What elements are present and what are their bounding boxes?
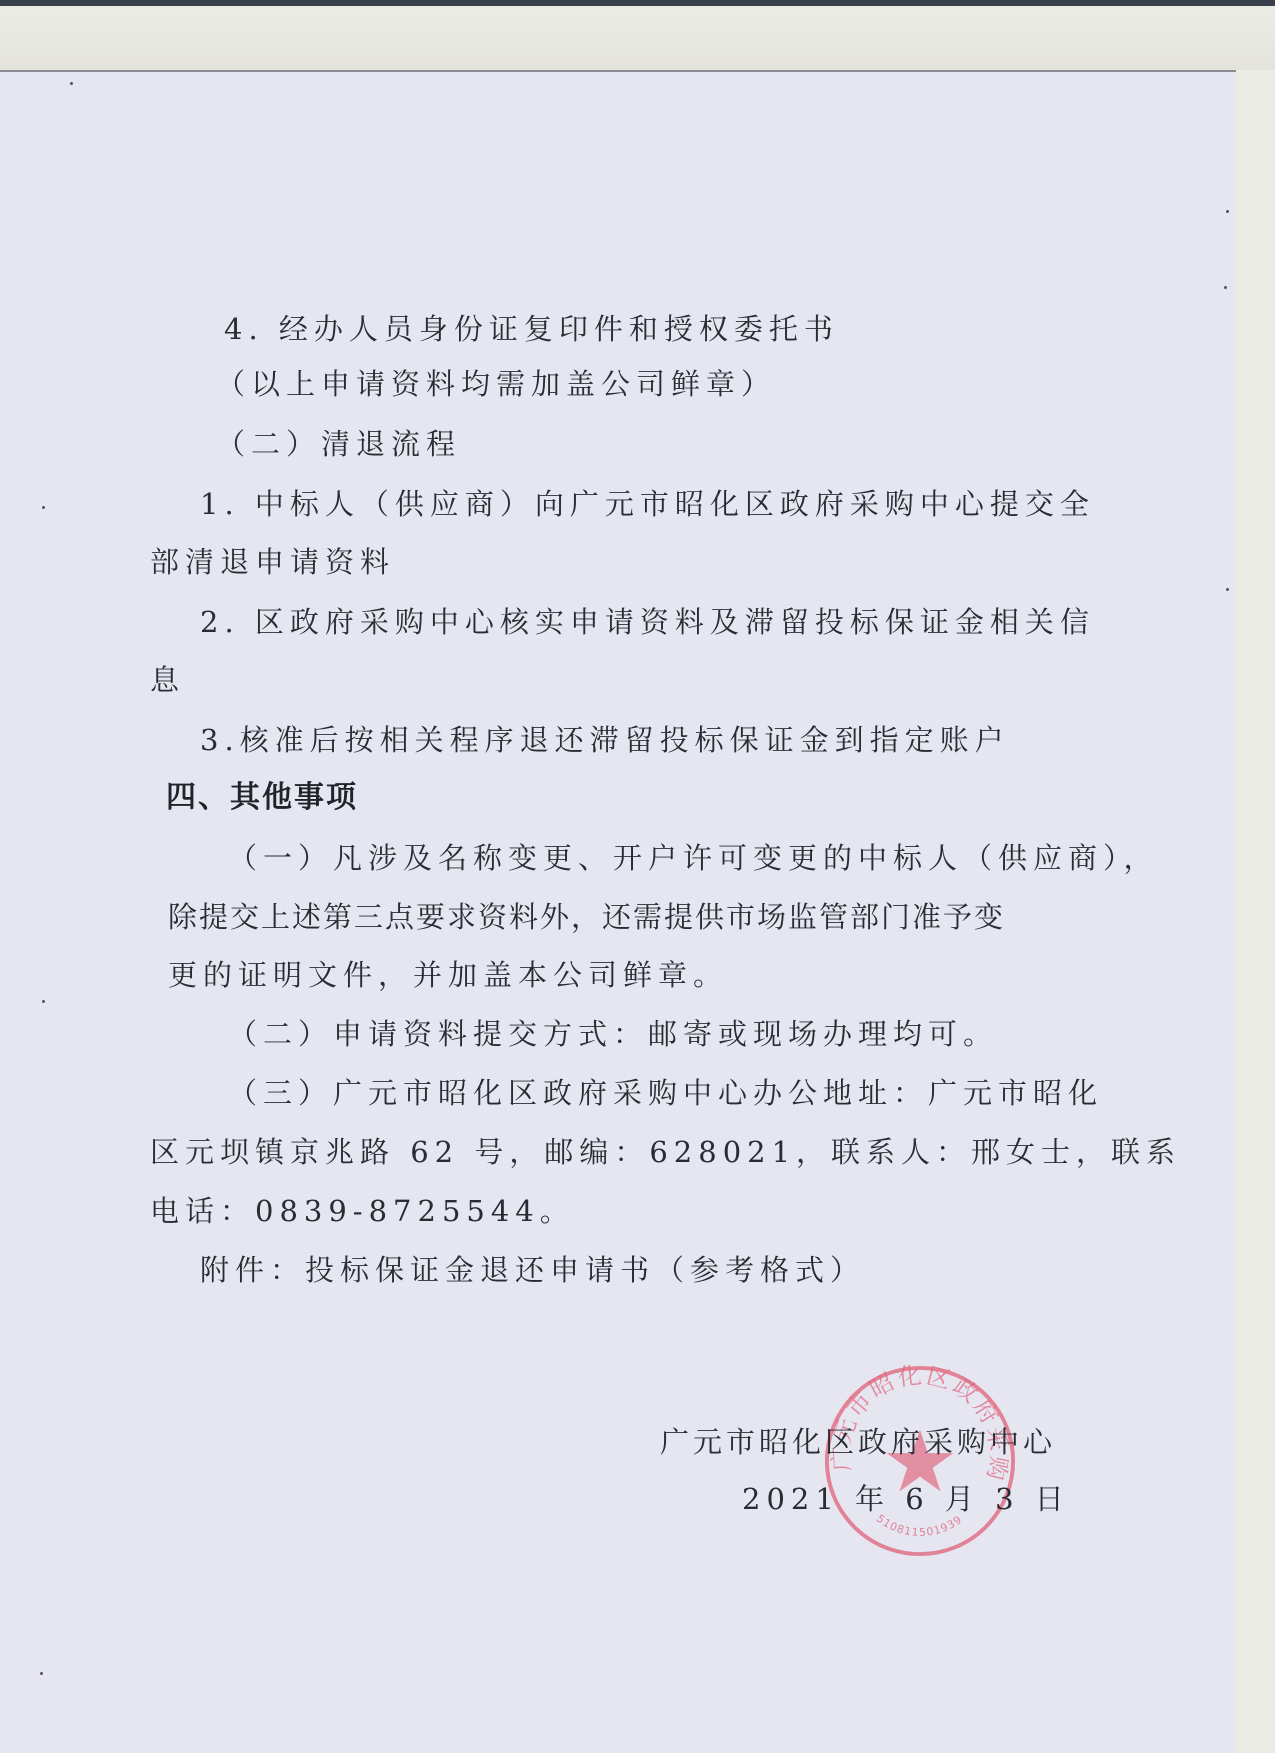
note-text: （以上申请资料均需加盖公司鲜章） [216,367,776,401]
scan-speck [1226,210,1229,213]
section-heading: 四、其他事项 [166,781,358,815]
paragraph-line: 区元坝镇京兆路 62 号，邮编：628021，联系人：邢女士，联系 [150,1135,1181,1169]
page-right-margin [1236,70,1275,1753]
scan-speck [1224,286,1227,289]
paragraph-line: 更的证明文件，并加盖本公司鲜章。 [168,958,728,992]
signature-organization: 广元市昭化区政府采购中心 [660,1425,1056,1459]
paragraph-line: （二）申请资料提交方式：邮寄或现场办理均可。 [228,1017,998,1051]
attachment-line: 附件：投标保证金退还申请书（参考格式） [200,1253,865,1287]
list-item-continuation: 部清退申请资料 [150,545,395,579]
scan-speck [42,506,45,509]
subsection-heading: （二）清退流程 [216,427,461,461]
paragraph-line: （三）广元市昭化区政府采购中心办公地址：广元市昭化 [228,1076,1103,1110]
signature-date: 2021 年 6 月 3 日 [742,1482,1070,1516]
scan-speck [42,1000,45,1003]
list-item: 3.核准后按相关程序退还滞留投标保证金到指定账户 [200,723,1010,757]
list-item: 2. 区政府采购中心核实申请资料及滞留投标保证金相关信 [200,605,1095,639]
scan-speck [1226,588,1229,591]
list-item: 4. 经办人员身份证复印件和授权委托书 [224,312,839,346]
list-item-continuation: 息 [150,663,185,697]
scanner-lid-strip [0,6,1275,70]
paragraph-line: 除提交上述第三点要求资料外，还需提供市场监管部门准予变 [168,900,1005,934]
scan-speck [40,1672,43,1675]
scan-speck [70,82,73,85]
list-item: 1. 中标人（供应商）向广元市昭化区政府采购中心提交全 [200,487,1095,521]
paragraph-line: （一）凡涉及名称变更、开户许可变更的中标人（供应商）， [228,841,1159,875]
paragraph-line: 电话：0839-8725544。 [150,1194,575,1228]
